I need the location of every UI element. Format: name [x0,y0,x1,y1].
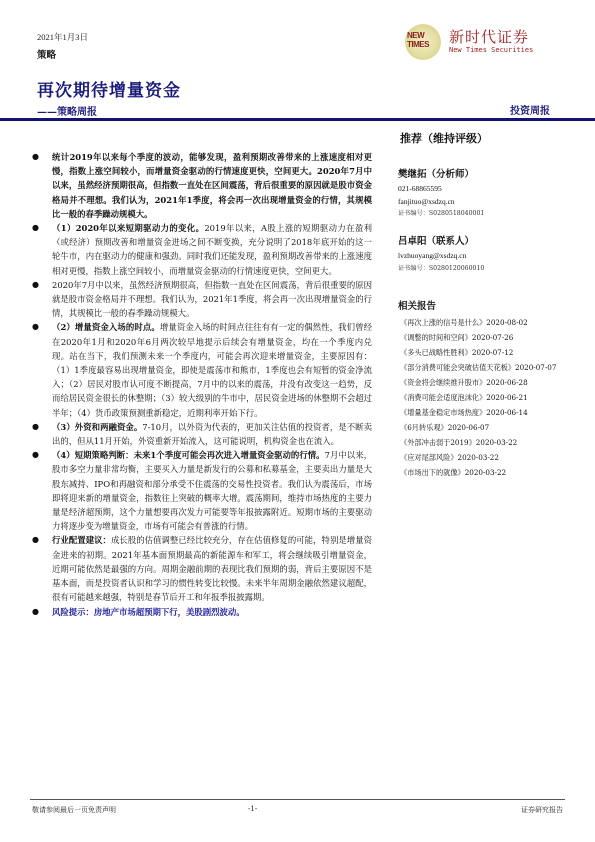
bullet-bold-lead: （2）增量资金入场的时点。 [52,322,160,332]
logo-name-en: New Times Securities [449,46,533,54]
related-reports-heading: 相关报告 [398,298,583,312]
related-report-item[interactable]: 《再次上涨的信号是什么》2020-08-02 [398,315,583,330]
related-report-item[interactable]: 《6月转乐观》2020-06-07 [398,420,583,435]
report-type: 投资周报 [510,102,550,117]
analyst-email[interactable]: fanjituo@xsdzq.cn [398,196,583,209]
related-report-item[interactable]: 《外部冲击弱于2019》2020-03-22 [398,435,583,450]
page-subtitle: ——策略周报 [37,103,97,118]
footer-report-label: 证券研究报告 [521,805,563,815]
contact-name: 吕卓阳（联系人） [398,233,583,247]
logo-emblem-text: NEW TIMES [407,31,429,49]
bullet-text: 成长股的估值调整已经比较充分，存在估值修复的可能，特别是增量资金进来的初期。20… [52,535,372,602]
page-number: -1- [248,805,257,813]
bullet-text: 增量资金入场的时间点往往有有一定的偶然性，我们曾经在2020年1月和2020年6… [52,322,372,417]
logo-emblem-line-1: NEW [407,31,424,40]
analyst-name: 樊继拓（分析师） [398,166,583,180]
summary-bullet: 统计2019年以来每个季度的波动，能够发现，盈利预期改善带来的上涨速度相对更慢，… [32,150,372,221]
risk-warning-bullet: 风险提示：房地产市场超预期下行，美股剧烈波动。 [32,605,372,619]
strategy-judgment-bullet: （4）短期策略判断：未来1个季度可能会再次进入增量资金驱动的行情。7月中以来，股… [32,448,372,533]
bullet-bold-lead: 行业配置建议： [52,535,111,545]
report-category: 策略 [37,47,56,61]
contact-cert: 证书编号：S0280120060010 [398,263,583,274]
logo-name-cn: 新时代证券 [449,26,529,47]
related-report-item[interactable]: 《消费可能会适度泡沫化》2020-06-21 [398,390,583,405]
bullet-bold-lead: 统计2019年以来每个季度的波动，能够发现，盈利预期改善带来的上涨速度相对更慢，… [52,152,372,219]
related-report-item[interactable]: 《多头已战略性胜利》2020-07-12 [398,345,583,360]
bullet-bold-lead: （1）2020年以来短期驱动力的变化。 [52,223,204,233]
driver-change-bullet: （1）2020年以来短期驱动力的变化。2019年以来，A股上涨的短期驱动力在盈利… [32,221,372,278]
company-logo: NEW TIMES 新时代证券 New Times Securities [405,22,575,62]
header-divider [0,118,595,121]
related-reports-list: 《再次上涨的信号是什么》2020-08-02 《调整的时间和空间》2020-07… [398,315,583,480]
related-report-item[interactable]: 《部分消费可能会突破估值天花板》2020-07-07 [398,360,583,375]
main-content: 统计2019年以来每个季度的波动，能够发现，盈利预期改善带来的上涨速度相对更慢，… [32,150,372,619]
capital-timing-bullet: （2）增量资金入场的时点。增量资金入场的时间点往往有有一定的偶然性，我们曾经在2… [32,320,372,419]
analyst-card: 樊继拓（分析师） 021-68865595 fanjituo@xsdzq.cn … [398,166,583,219]
foreign-capital-bullet: （3）外资和两融资金。7-10月，以外资为代表的，更加关注估值的投资者，是不断卖… [32,420,372,448]
contact-card: 吕卓阳（联系人） lvzhuoyang@xsdzq.cn 证书编号：S02801… [398,233,583,274]
analyst-phone: 021-68865595 [398,183,583,196]
logo-emblem-line-2: TIMES [407,40,429,49]
bullet-text: 7月中以来，股市多空力量非常均衡，主要买入力量是新发行的公募和私募基金，主要卖出… [52,450,372,531]
footer-divider [30,799,565,800]
related-report-item[interactable]: 《调整的时间和空间》2020-07-26 [398,330,583,345]
related-report-item[interactable]: 《资金将会继续推升股市》2020-06-28 [398,375,583,390]
risk-warning-text: 风险提示：房地产市场超预期下行，美股剧烈波动。 [52,607,245,617]
footer-disclaimer: 敬请参阅最后一页免责声明 [32,805,116,815]
bullet-text: 2020年7月中以来，虽然经济预期很高，但指数一直处在区间震荡，背后很重要的原因… [52,280,372,318]
bullet-bold-lead: （3）外资和两融资金。 [52,422,142,432]
report-date: 2021年1月3日 [37,31,88,43]
contact-email[interactable]: lvzhuoyang@xsdzq.cn [398,250,583,263]
range-oscillation-bullet: 2020年7月中以来，虽然经济预期很高，但指数一直处在区间震荡，背后很重要的原因… [32,278,372,321]
sidebar: 推荐（维持评级） 樊继拓（分析师） 021-68865595 fanjituo@… [398,130,583,480]
related-report-item[interactable]: 《增量基金稳定市场热度》2020-06-14 [398,405,583,420]
page-title: 再次期待增量资金 [37,76,181,101]
related-report-item[interactable]: 《市场出下的就像》2020-03-22 [398,465,583,480]
analyst-cert: 证书编号：S0280518040001 [398,208,583,219]
related-report-item[interactable]: 《应对尾部风险》2020-03-22 [398,450,583,465]
bullet-bold-lead: （4）短期策略判断：未来1个季度可能会再次进入增量资金驱动的行情。 [52,450,325,460]
rating-label: 推荐（维持评级） [400,130,583,146]
industry-allocation-bullet: 行业配置建议：成长股的估值调整已经比较充分，存在估值修复的可能，特别是增量资金进… [32,533,372,604]
